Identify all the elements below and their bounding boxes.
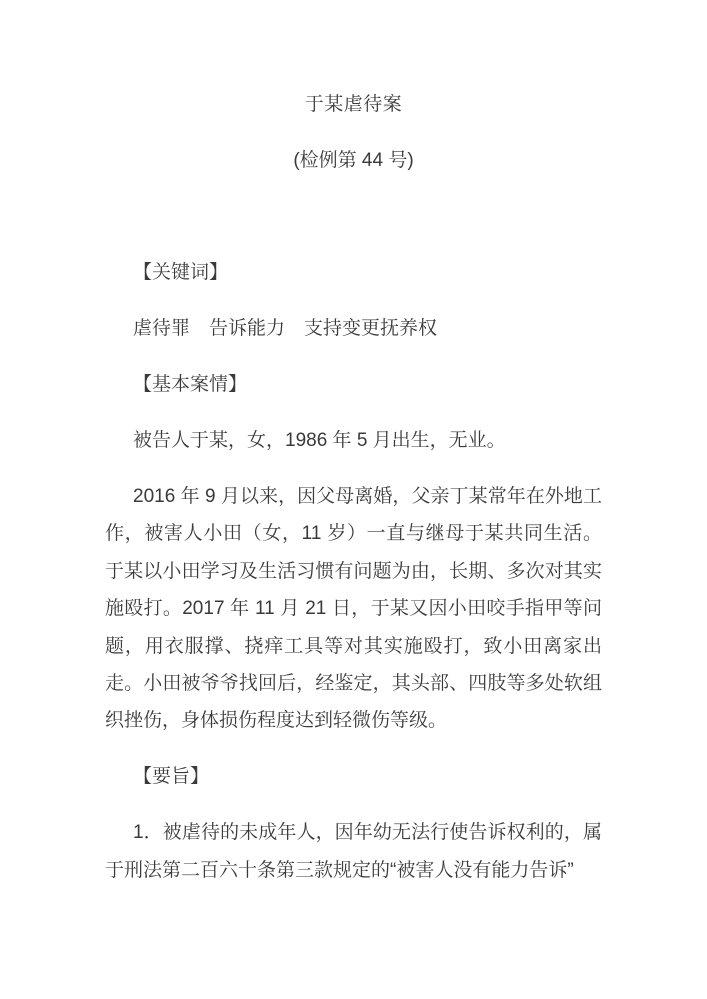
section-heading-gist: 【要旨】 [105,758,602,795]
document-title: 于某虐待案 [105,86,602,123]
section-heading-keywords: 【关键词】 [105,254,602,291]
defendant-info-paragraph: 被告人于某，女，1986 年 5 月出生，无业。 [105,422,602,459]
blank-line [105,198,602,235]
case-number: (检例第 44 号) [105,142,602,179]
gist-point-1-paragraph: 1．被虐待的未成年人，因年幼无法行使告诉权利的，属于刑法第二百六十条第三款规定的… [105,814,602,889]
document-page: 于某虐待案 (检例第 44 号) 【关键词】 虐待罪 告诉能力 支持变更抚养权 … [0,0,707,999]
section-heading-basic-facts: 【基本案情】 [105,366,602,403]
case-facts-paragraph: 2016 年 9 月以来，因父母离婚，父亲丁某常年在外地工作，被害人小田（女，1… [105,478,602,740]
keywords-text: 虐待罪 告诉能力 支持变更抚养权 [105,310,602,347]
